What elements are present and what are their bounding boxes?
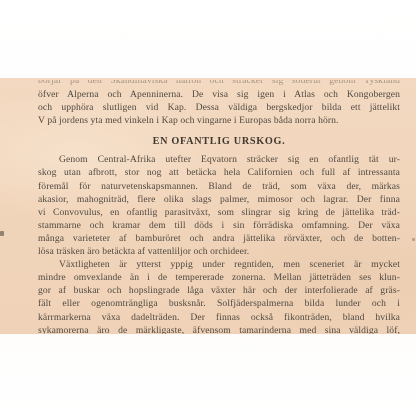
- paragraph-1: Genom Central-Afrika utefter Eqvatorn st…: [38, 153, 400, 258]
- body-line: akasior, mahogniträd, flere olika slags …: [38, 193, 400, 206]
- body-line: föremål för naturvetenskapsmannen. Bland…: [38, 180, 400, 193]
- body-line: stammarne och kramar dem till döds i sin…: [38, 219, 400, 232]
- body-line: vi Convovulus, en ofantlig parasitväxt, …: [38, 206, 400, 219]
- body-line: gor af buskar och hopslingrade låga växt…: [38, 284, 400, 297]
- fragment-line-cut: börjar på den Skandinaviska halfön och s…: [38, 80, 400, 88]
- body-line: Växtligheten är ytterst yppig under regn…: [38, 258, 400, 271]
- scanner-background: börjar på den Skandinaviska halfön och s…: [0, 0, 416, 416]
- fragment-line-cut-text: börjar på den Skandinaviska halfön och s…: [38, 80, 400, 87]
- fragment-line: V på jordens yta med vinkeln i Kap och v…: [38, 114, 400, 127]
- book-page: börjar på den Skandinaviska halfön och s…: [0, 78, 416, 334]
- body-line: många varieteter af bamburöret och andra…: [38, 232, 400, 245]
- body-line: kärrmarkerna växa dadelträden. Der finna…: [38, 311, 400, 324]
- body-line: sykamorerna äro de märkligaste, äfvensom…: [38, 324, 400, 334]
- fragment-paragraph: börjar på den Skandinaviska halfön och s…: [38, 80, 400, 127]
- section-heading: EN OFANTLIG URSKOG.: [38, 135, 400, 148]
- body-line: lösa träsken äro betäckta af vattenliljo…: [38, 245, 400, 258]
- body-line: fält eller ogenomträngliga busksnår. Sol…: [38, 297, 400, 310]
- scan-speck: [0, 231, 4, 236]
- body-line: mindre omvexlande än i de tempererade zo…: [38, 271, 400, 284]
- fragment-line: öfver Alperna och Apenninerna. De visa s…: [38, 88, 400, 101]
- fragment-line: och upphöra slutligen vid Kap. Dessa väl…: [38, 101, 400, 114]
- body-line: Genom Central-Afrika utefter Eqvatorn st…: [38, 153, 400, 166]
- body-line: skog utan afbrott, stor nog att betäcka …: [38, 166, 400, 179]
- paragraph-2: Växtligheten är ytterst yppig under regn…: [38, 258, 400, 334]
- scan-speck: [412, 238, 415, 241]
